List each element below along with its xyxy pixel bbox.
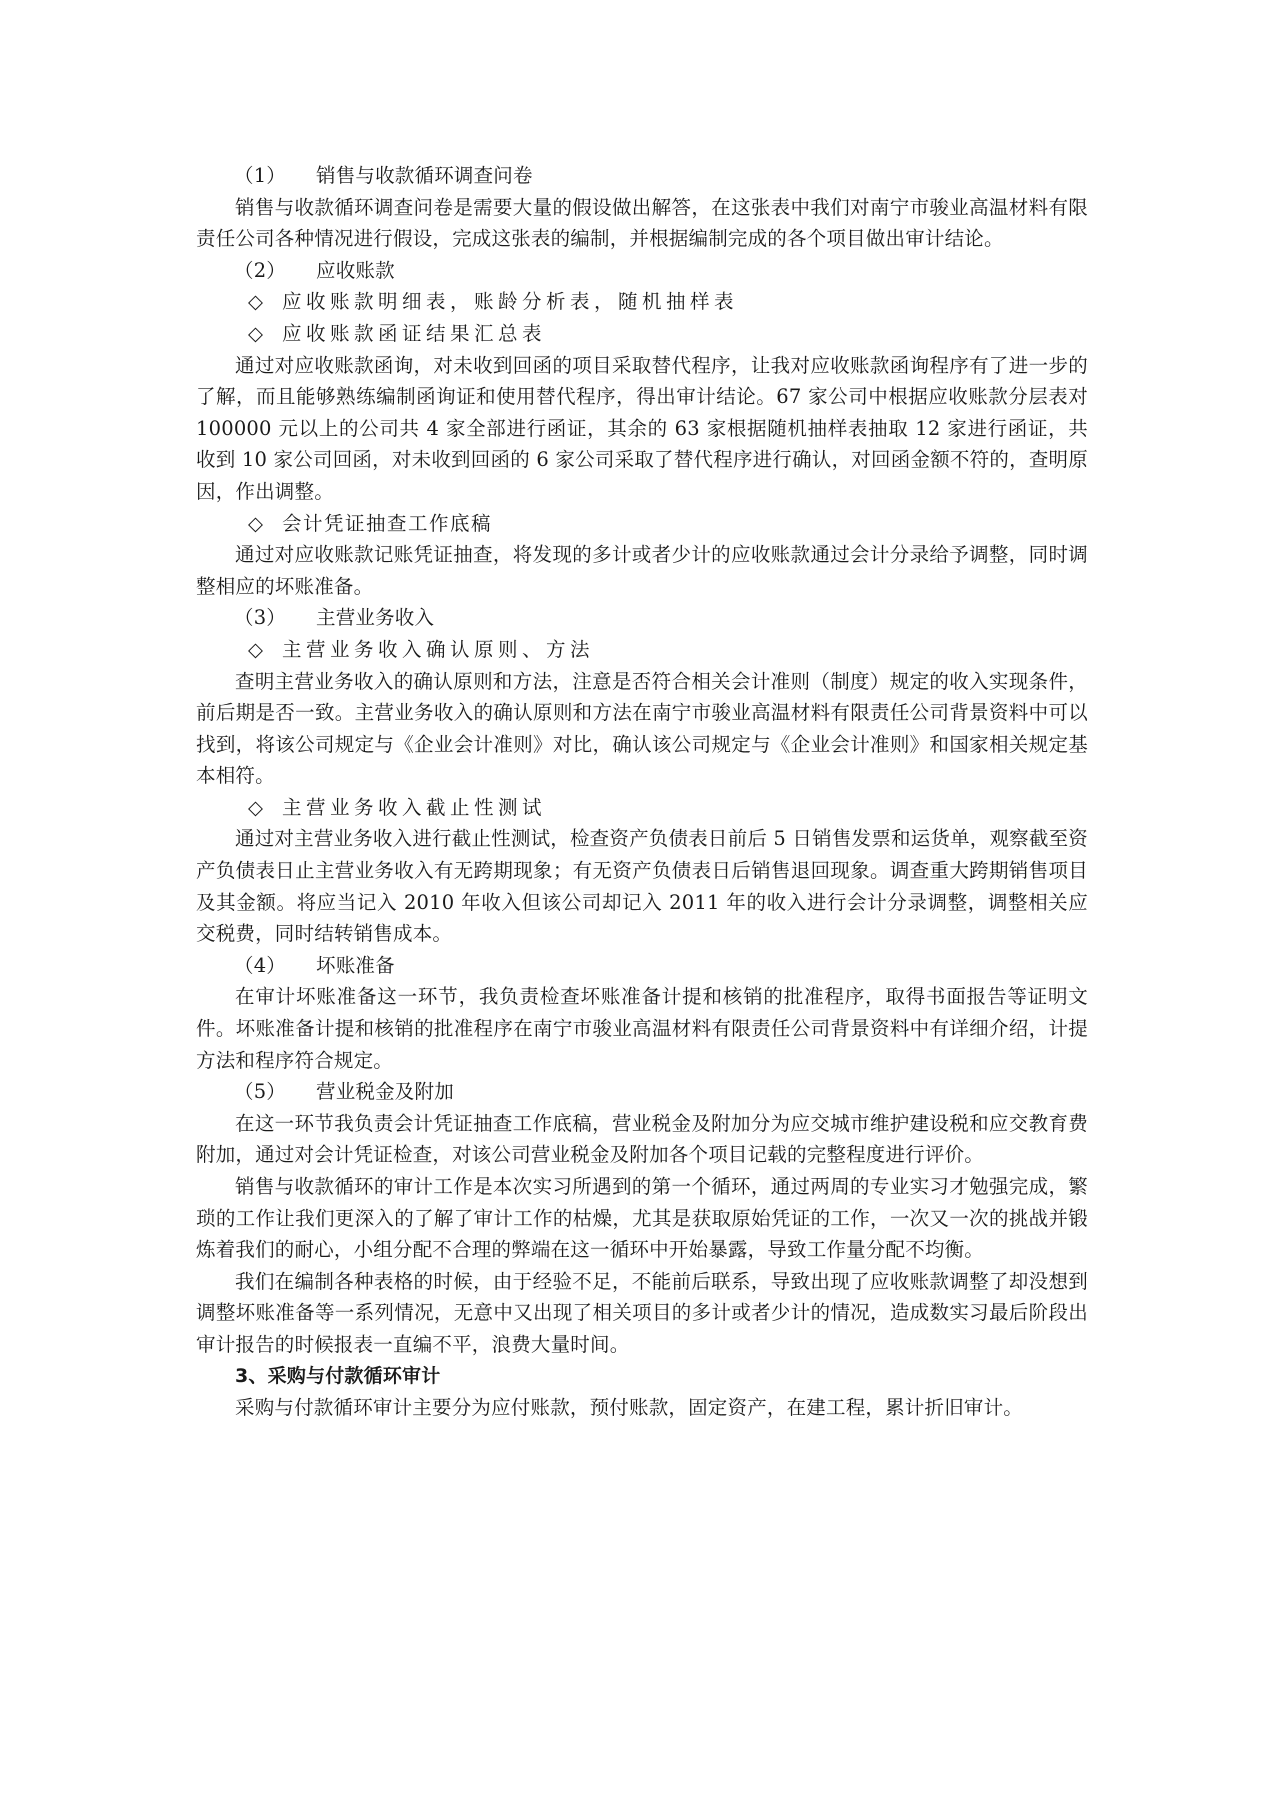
diamond-bullet-icon: ◇ <box>248 508 282 540</box>
bullet-item: ◇应收账款明细表，账龄分析表，随机抽样表 <box>196 286 1088 318</box>
paragraph-purchase-cycle: 采购与付款循环审计主要分为应付账款，预付账款，固定资产，在建工程，累计折旧审计。 <box>196 1392 1088 1424</box>
diamond-bullet-icon: ◇ <box>248 318 282 350</box>
sub-heading-number: （1） <box>234 160 316 192</box>
paragraph-questionnaire: 销售与收款循环调查问卷是需要大量的假设做出解答，在这张表中我们对南宁市骏业高温材… <box>196 192 1088 255</box>
diamond-bullet-icon: ◇ <box>248 286 282 318</box>
sub-heading-5: （5）营业税金及附加 <box>196 1076 1088 1108</box>
bullet-text: 主营业务收入确认原则、方法 <box>282 638 594 661</box>
sub-heading-number: （3） <box>234 602 316 634</box>
sub-heading-title: 营业税金及附加 <box>316 1080 454 1103</box>
paragraph-cutoff-test: 通过对主营业务收入进行截止性测试，检查资产负债表日前后 5 日销售发票和运货单，… <box>196 823 1088 949</box>
sub-heading-2: （2）应收账款 <box>196 255 1088 287</box>
sub-heading-3: （3）主营业务收入 <box>196 602 1088 634</box>
sub-heading-title: 坏账准备 <box>316 954 395 977</box>
section-heading: 3、采购与付款循环审计 <box>196 1361 1088 1393</box>
paragraph-business-tax: 在这一环节我负责会计凭证抽查工作底稿，营业税金及附加分为应交城市维护建设税和应交… <box>196 1108 1088 1171</box>
bullet-item: ◇会计凭证抽查工作底稿 <box>196 508 1088 540</box>
bullet-text: 主营业务收入截止性测试 <box>282 796 546 819</box>
sub-heading-title: 主营业务收入 <box>316 606 434 629</box>
paragraph-revenue-principles: 查明主营业务收入的确认原则和方法，注意是否符合相关会计准则（制度）规定的收入实现… <box>196 666 1088 792</box>
sub-heading-1: （1）销售与收款循环调查问卷 <box>196 160 1088 192</box>
bullet-text: 会计凭证抽查工作底稿 <box>282 512 492 535</box>
diamond-bullet-icon: ◇ <box>248 634 282 666</box>
paragraph-reflection-1: 销售与收款循环的审计工作是本次实习所遇到的第一个循环，通过两周的专业实习才勉强完… <box>196 1171 1088 1266</box>
bullet-item: ◇主营业务收入截止性测试 <box>196 792 1088 824</box>
sub-heading-number: （5） <box>234 1076 316 1108</box>
bullet-item: ◇应收账款函证结果汇总表 <box>196 318 1088 350</box>
sub-heading-number: （4） <box>234 950 316 982</box>
sub-heading-4: （4）坏账准备 <box>196 950 1088 982</box>
bullet-text: 应收账款明细表，账龄分析表，随机抽样表 <box>282 290 738 313</box>
paragraph-confirmation: 通过对应收账款函询，对未收到回函的项目采取替代程序，让我对应收账款函询程序有了进… <box>196 350 1088 508</box>
sub-heading-title: 销售与收款循环调查问卷 <box>316 164 533 187</box>
paragraph-voucher-check: 通过对应收账款记账凭证抽查，将发现的多计或者少计的应收账款通过会计分录给予调整，… <box>196 539 1088 602</box>
paragraph-bad-debt: 在审计坏账准备这一环节，我负责检查坏账准备计提和核销的批准程序，取得书面报告等证… <box>196 981 1088 1076</box>
paragraph-reflection-2: 我们在编制各种表格的时候，由于经验不足，不能前后联系，导致出现了应收账款调整了却… <box>196 1266 1088 1361</box>
sub-heading-title: 应收账款 <box>316 259 395 282</box>
sub-heading-number: （2） <box>234 255 316 287</box>
bullet-text: 应收账款函证结果汇总表 <box>282 322 546 345</box>
diamond-bullet-icon: ◇ <box>248 792 282 824</box>
bullet-item: ◇主营业务收入确认原则、方法 <box>196 634 1088 666</box>
document-page: （1）销售与收款循环调查问卷 销售与收款循环调查问卷是需要大量的假设做出解答，在… <box>196 160 1088 1424</box>
